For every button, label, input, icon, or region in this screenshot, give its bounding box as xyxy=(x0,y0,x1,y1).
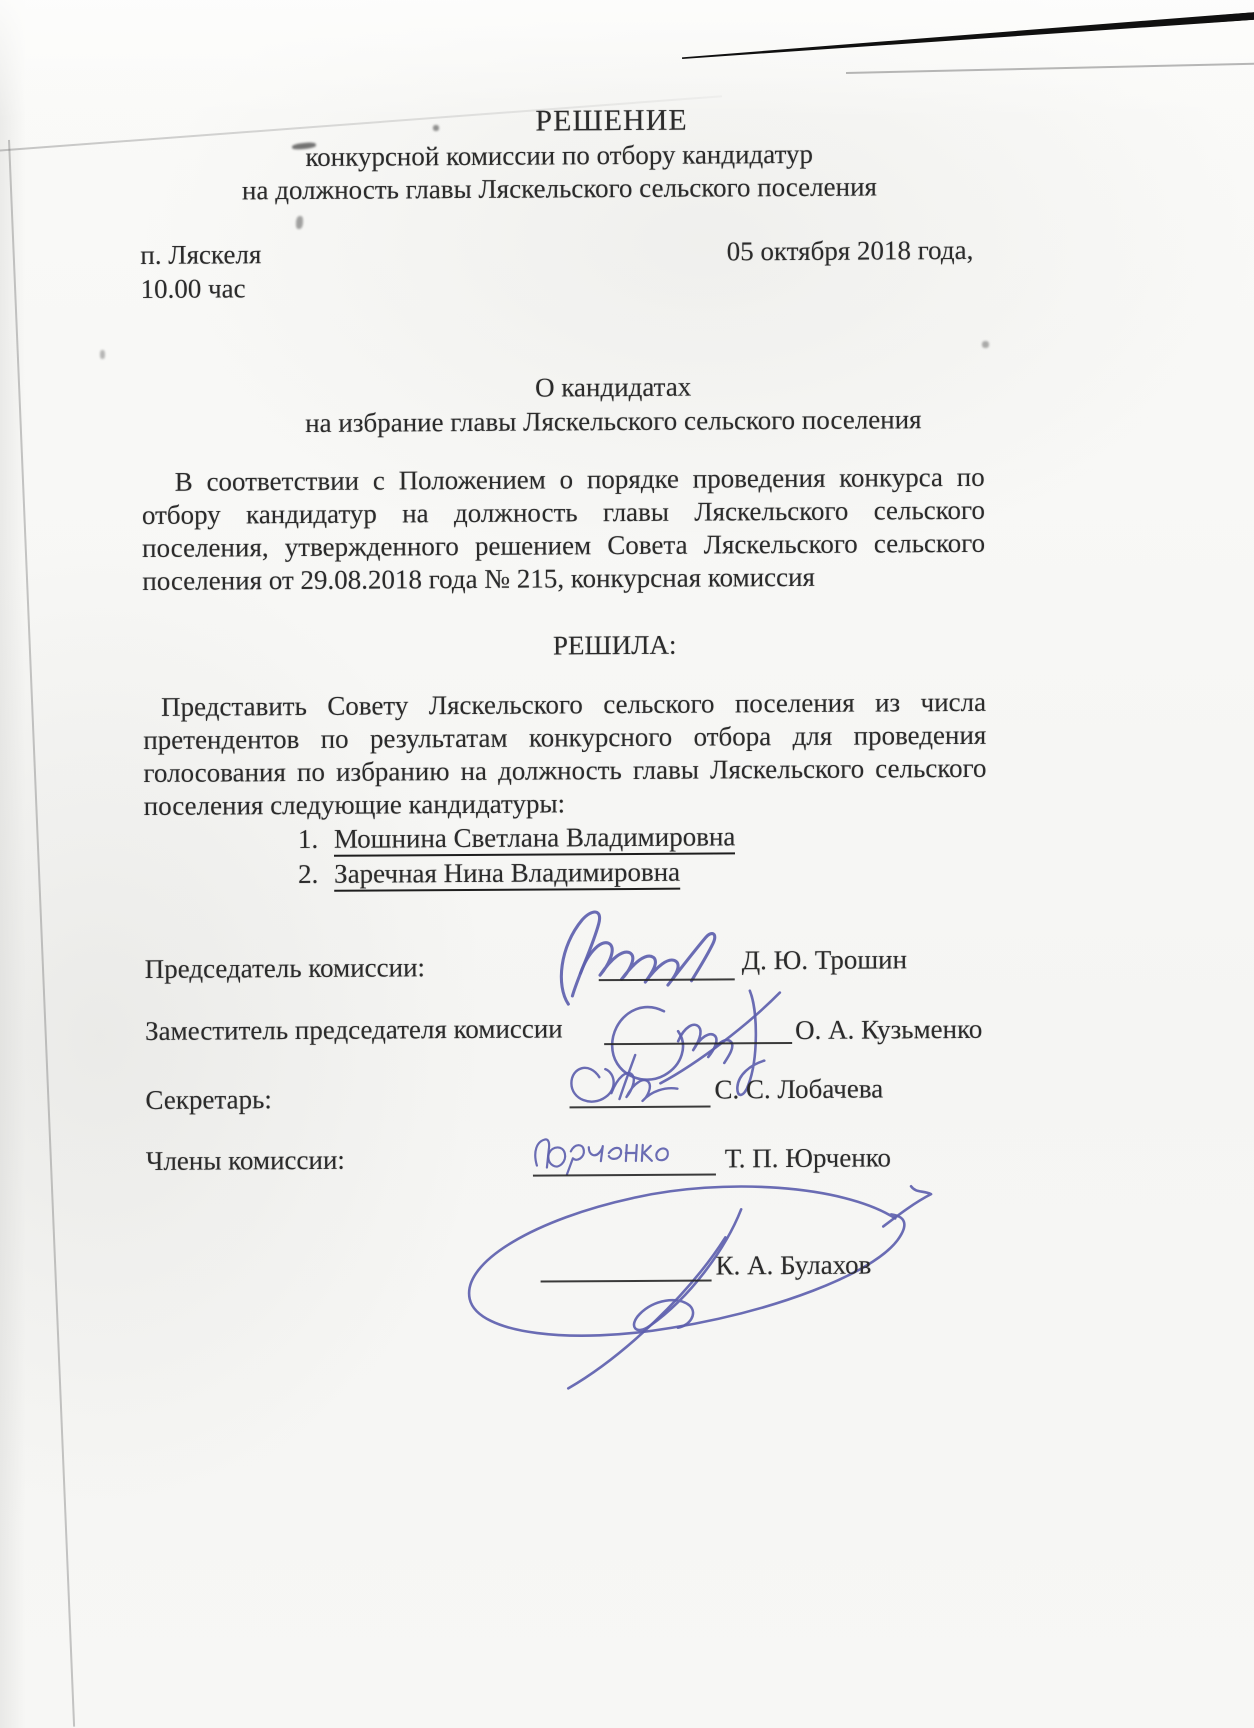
signature-yurchenko xyxy=(529,1130,669,1177)
signature-role-members: Члены комиссии: xyxy=(146,1144,345,1178)
signature-role-secretary: Секретарь: xyxy=(145,1083,272,1117)
signature-role-chairman: Председатель комиссии: xyxy=(145,951,425,986)
signature-lobacheva xyxy=(565,1047,715,1112)
intro-paragraph: В соответствии с Положением о порядке пр… xyxy=(142,461,986,598)
candidate-number: 1. xyxy=(298,823,334,856)
signature-name-kuzmenko: О. А. Кузьменко xyxy=(795,1013,982,1047)
document-title: РЕШЕНИЕ xyxy=(136,101,1086,140)
signature-bulakhov xyxy=(443,1173,944,1398)
subject-line2: на избрание главы Ляскельского сельского… xyxy=(138,402,1088,441)
document-time: 10.00 час xyxy=(140,272,245,306)
signature-name-lobacheva: С. С. Лобачева xyxy=(714,1072,883,1106)
candidate-name: Заречная Нина Владимировна xyxy=(334,857,680,892)
candidate-name: Мошнина Светлана Владимировна xyxy=(334,821,736,856)
scanned-document-page: РЕШЕНИЕ конкурсной комиссии по отбору ка… xyxy=(0,0,1254,1728)
candidate-item: 1.Мошнина Светлана Владимировна xyxy=(298,820,736,856)
signature-role-deputy: Заместитель председателя комиссии xyxy=(145,1012,563,1048)
resolution-heading: РЕШИЛА: xyxy=(140,626,1090,665)
document-subtitle-line1: конкурсной комиссии по отбору кандидатур xyxy=(137,137,982,175)
subject-line1: О кандидатах xyxy=(138,368,1088,407)
document-place: п. Ляскеля xyxy=(140,238,261,272)
resolution-paragraph: Представить Совету Ляскельского сельског… xyxy=(143,686,987,823)
signature-name-troshin: Д. Ю. Трошин xyxy=(742,943,908,977)
document-subtitle-line2: на должность главы Ляскельского сельског… xyxy=(137,170,982,208)
signature-name-yurchenko: Т. П. Юрченко xyxy=(725,1141,891,1175)
document-date: 05 октября 2018 года, xyxy=(727,234,974,269)
candidate-number: 2. xyxy=(298,858,334,891)
candidate-item: 2.Заречная Нина Владимировна xyxy=(298,856,680,891)
signature-name-bulakhov: К. А. Булахов xyxy=(715,1249,871,1283)
document-content: РЕШЕНИЕ конкурсной комиссии по отбору ка… xyxy=(0,0,1254,1728)
